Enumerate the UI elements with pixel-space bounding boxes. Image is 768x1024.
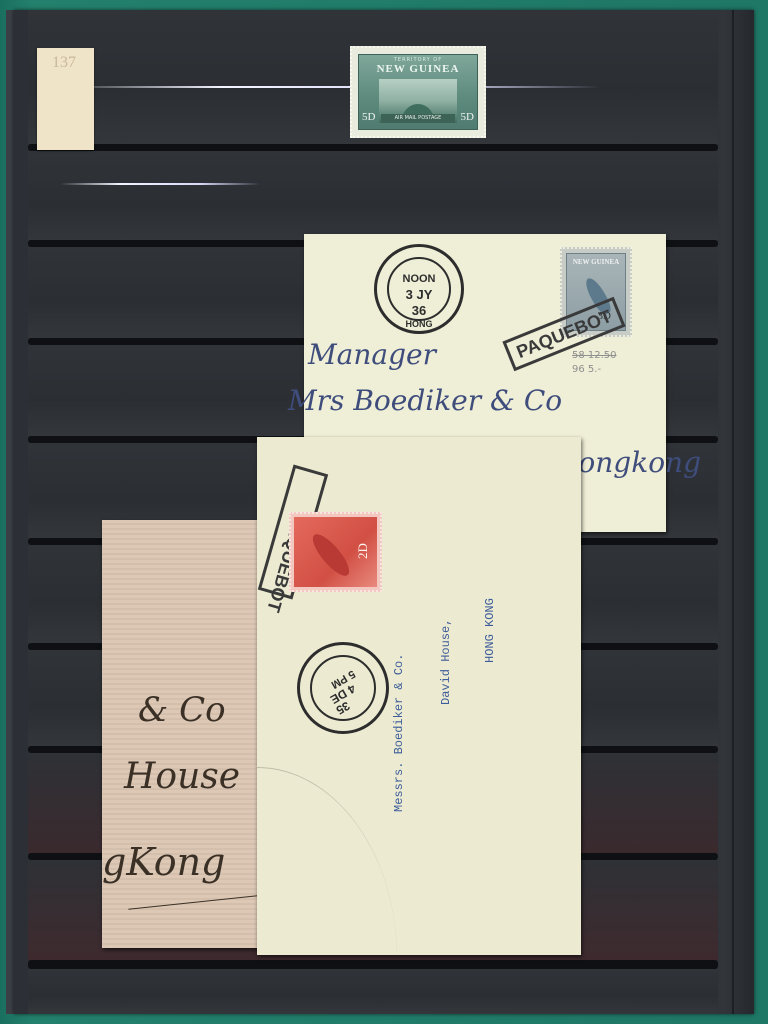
page-number-label: 137 <box>37 48 94 150</box>
typed-address-line: Messrs. Boediker & Co. <box>392 654 406 812</box>
handwriting-line: gKong <box>102 840 225 884</box>
new-guinea-airmail-stamp[interactable]: TERRITORY OF NEW GUINEA 5D AIR MAIL POST… <box>350 46 486 138</box>
stamp-bottom-band: AIR MAIL POSTAGE <box>381 114 455 123</box>
strip-glare <box>60 86 600 88</box>
fold-crease <box>257 767 397 958</box>
victoria-hong-kong-postmark: 5 PM 4 DE 35 <box>297 642 389 734</box>
new-guinea-bird-stamp-2d: 2D <box>289 512 382 592</box>
stamp-denomination-left: 5D <box>362 111 375 123</box>
strip-glare <box>60 183 260 185</box>
pencil-note: 58 12.50 <box>572 350 617 361</box>
handwriting-line: Manager <box>308 338 436 371</box>
page-number: 137 <box>52 54 76 72</box>
brown-cover[interactable]: & Co House gKong <box>102 520 262 948</box>
handwriting-line: Mrs Boediker & Co <box>288 384 562 417</box>
stamp-denomination-right: 5D <box>461 111 474 123</box>
paquebot-cover-1935[interactable]: PAQUEBOT 2D 5 PM 4 DE 35 Messrs. Boedike… <box>257 437 581 955</box>
pencil-note: 96 5.- <box>572 364 601 375</box>
handwriting-line: House <box>124 756 240 797</box>
victoria-hong-kong-postmark: NOON 3 JY 36 HONG <box>374 244 464 334</box>
handwriting-line: & Co <box>138 690 226 730</box>
strip-divider <box>28 960 718 969</box>
typed-address-line: HONG KONG <box>483 598 497 663</box>
strip-divider <box>28 144 718 151</box>
stamp-header: NEW GUINEA <box>359 63 477 75</box>
strip <box>28 151 718 240</box>
strip <box>28 969 718 1014</box>
underline-flourish <box>128 895 257 910</box>
typed-address-line: David House, <box>439 619 453 705</box>
bird-of-paradise-icon <box>307 529 354 580</box>
